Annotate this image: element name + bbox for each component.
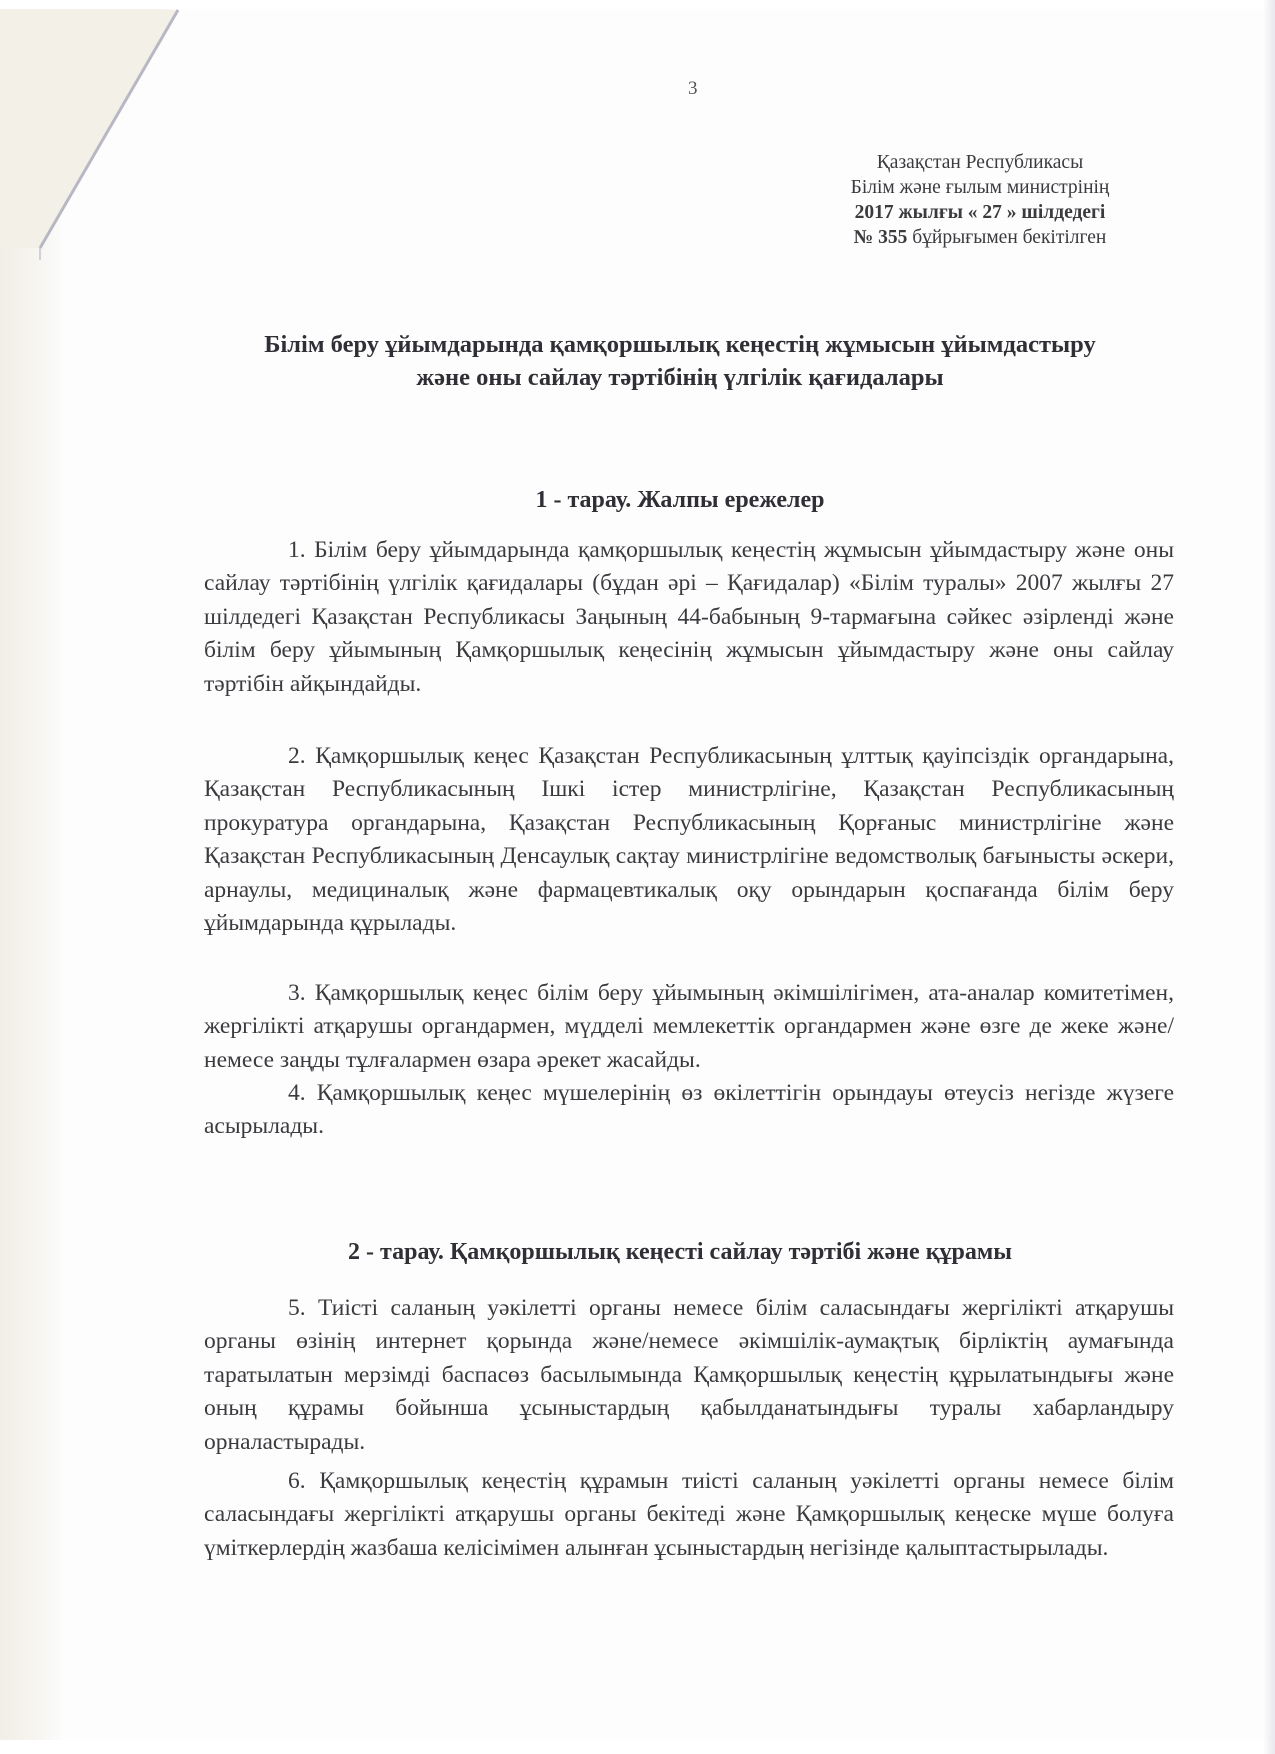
approval-line-ministry: Білім және ғылым министрінің	[815, 175, 1145, 200]
paragraph-6: 6. Қамқоршылық кеңестің құрамын тиісті с…	[204, 1465, 1174, 1565]
paragraph-2: 2. Қамқоршылық кеңес Қазақстан Республик…	[204, 740, 1174, 940]
paragraph-1: 1. Білім беру ұйымдарында қамқоршылық ке…	[204, 534, 1174, 701]
approval-line-order: № 355 бұйрығымен бекітілген	[815, 225, 1145, 250]
document-title-line-2: және оны сайлау тәртібінің үлгілік қағид…	[180, 361, 1180, 394]
paragraph-5: 5. Тиісті саланың уәкілетті органы немес…	[204, 1292, 1174, 1459]
scan-top-margin	[0, 0, 1275, 9]
approval-line-date: 2017 жылғы « 27 » шілдедегі	[815, 200, 1145, 225]
paragraph-3: 3. Қамқоршылық кеңес білім беру ұйымының…	[204, 977, 1174, 1077]
order-approved-text: бұйрығымен бекітілген	[907, 227, 1106, 248]
scan-right-shadow	[1263, 0, 1275, 1754]
order-number: № 355	[854, 227, 908, 248]
chapter-2-heading: 2 - тарау. Қамқоршылық кеңесті сайлау тә…	[180, 1239, 1180, 1266]
page-number: 3	[688, 78, 698, 100]
scan-bottom-margin	[0, 1740, 1275, 1754]
approval-block: Қазақстан Республикасы Білім және ғылым …	[815, 150, 1145, 250]
paragraph-4: 4. Қамқоршылық кеңес мүшелерінің өз өкіл…	[204, 1077, 1174, 1144]
document-title-line-1: Білім беру ұйымдарында қамқоршылық кеңес…	[180, 328, 1180, 361]
approval-line-republic: Қазақстан Республикасы	[815, 150, 1145, 175]
scan-edge-shadow	[0, 0, 60, 1754]
document-title: Білім беру ұйымдарында қамқоршылық кеңес…	[180, 328, 1180, 394]
chapter-1-heading: 1 - тарау. Жалпы ережелер	[180, 487, 1180, 514]
